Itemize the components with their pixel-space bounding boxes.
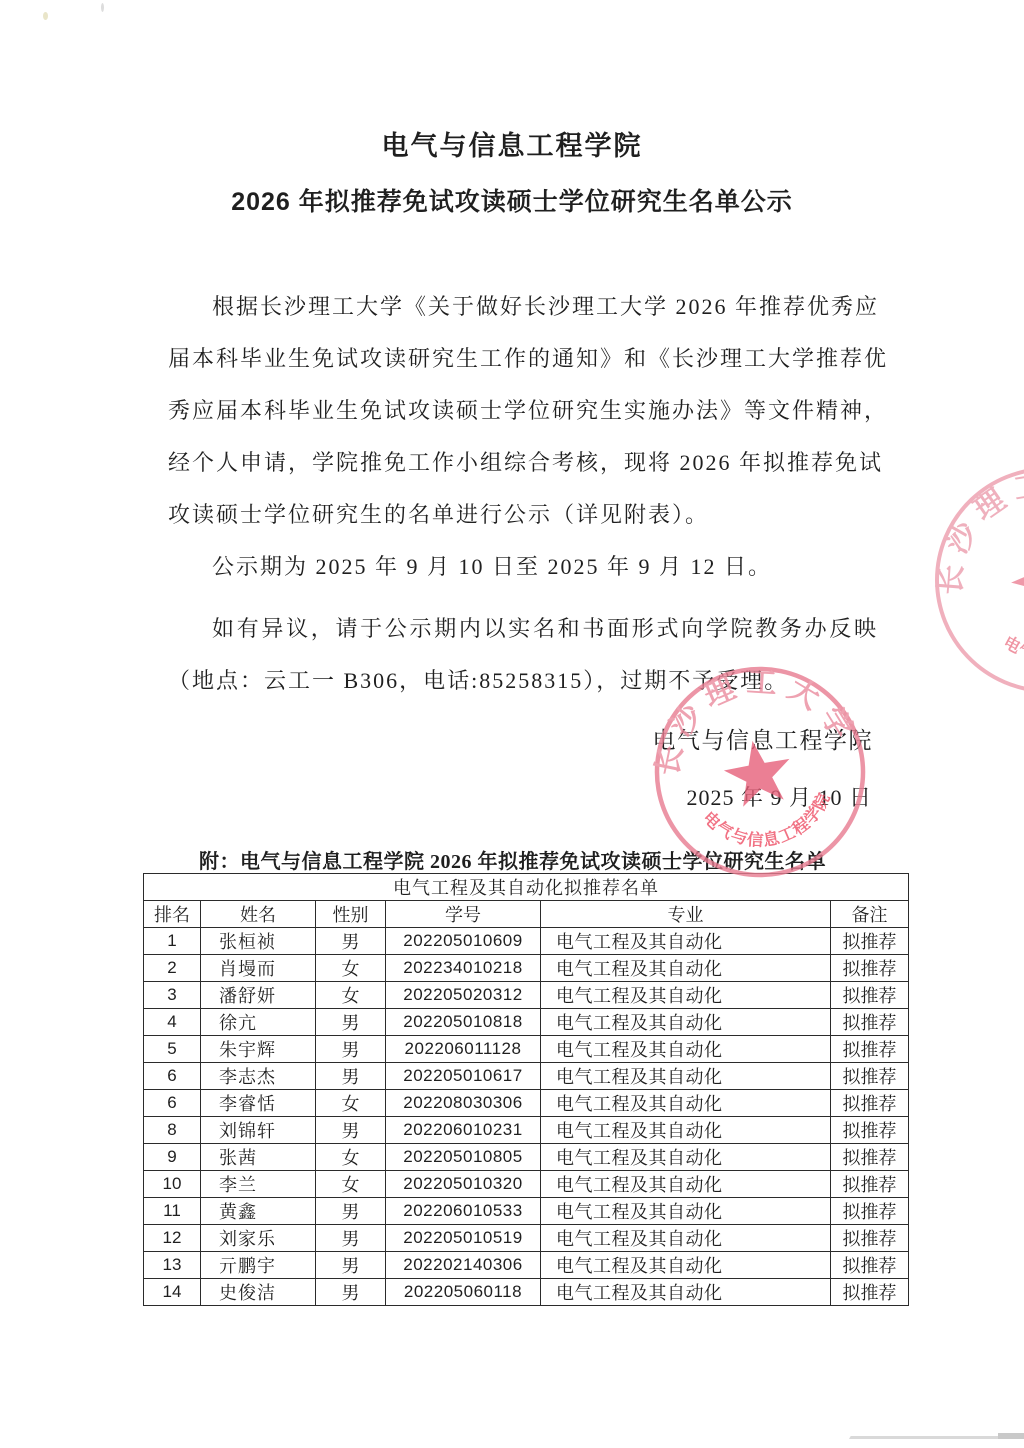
table-cell: 刘家乐 [201,1225,316,1252]
table-row: 11黄鑫男202206010533电气工程及其自动化拟推荐 [144,1198,909,1225]
attachment-note: 附：电气与信息工程学院 2026 年拟推荐免试攻读硕士学位研究生名单 [199,845,826,874]
table-cell: 拟推荐 [831,1117,909,1144]
table-cell: 电气工程及其自动化 [541,1144,831,1171]
table-row: 1张桓祯男202205010609电气工程及其自动化拟推荐 [144,928,909,955]
table-cell: 电气工程及其自动化 [541,1063,831,1090]
table-cell: 电气工程及其自动化 [541,1171,831,1198]
body-line: 根据长沙理工大学《关于做好长沙理工大学 2026 年推荐优秀应 [168,281,878,333]
body-line: 攻读硕士学位研究生的名单进行公示（详见附表）。 [168,489,878,541]
table-row: 4徐亢男202205010818电气工程及其自动化拟推荐 [144,1009,909,1036]
table-cell: 拟推荐 [831,1036,909,1063]
table-cell: 男 [316,1036,386,1063]
table-cell: 6 [144,1063,201,1090]
table-cell: 电气工程及其自动化 [541,1225,831,1252]
table-caption-row: 电气工程及其自动化拟推荐名单 [144,874,909,901]
table-row: 3潘舒妍女202205020312电气工程及其自动化拟推荐 [144,982,909,1009]
table-cell: 男 [316,928,386,955]
table-cell: 男 [316,1117,386,1144]
table-cell: 202205010617 [386,1063,541,1090]
roster-table: 电气工程及其自动化拟推荐名单 排名 姓名 性别 学号 专业 备注 1张桓祯男20… [143,873,909,1306]
table-cell: 拟推荐 [831,955,909,982]
svg-text:电气与信息工程学院: 电气与信息工程学院 [996,585,1024,684]
table-row: 9张茜女202205010805电气工程及其自动化拟推荐 [144,1144,909,1171]
table-cell: 徐亢 [201,1009,316,1036]
table-cell: 男 [316,1009,386,1036]
table-header-row: 排名 姓名 性别 学号 专业 备注 [144,901,909,928]
scan-artifact [101,3,104,12]
col-header-gender: 性别 [316,901,386,928]
table-row: 6李志杰男202205010617电气工程及其自动化拟推荐 [144,1063,909,1090]
table-row: 10李兰女202205010320电气工程及其自动化拟推荐 [144,1171,909,1198]
table-cell: 女 [316,1090,386,1117]
table-cell: 202208030306 [386,1090,541,1117]
table-row: 6李睿恬女202208030306电气工程及其自动化拟推荐 [144,1090,909,1117]
table-cell: 1 [144,928,201,955]
table-cell: 13 [144,1252,201,1279]
table-cell: 14 [144,1279,201,1306]
table-cell: 202205010609 [386,928,541,955]
table-row: 14史俊洁男202205060118电气工程及其自动化拟推荐 [144,1279,909,1306]
table-cell: 拟推荐 [831,928,909,955]
table-cell: 202205010805 [386,1144,541,1171]
table-row: 8刘锦轩男202206010231电气工程及其自动化拟推荐 [144,1117,909,1144]
table-cell: 4 [144,1009,201,1036]
body-line: 秀应届本科毕业生免试攻读硕士学位研究生实施办法》等文件精神， [168,385,878,437]
table-cell: 拟推荐 [831,1279,909,1306]
table-cell: 张茜 [201,1144,316,1171]
table-cell: 电气工程及其自动化 [541,928,831,955]
table-cell: 12 [144,1225,201,1252]
table-cell: 202206010533 [386,1198,541,1225]
table-cell: 3 [144,982,201,1009]
table-cell: 女 [316,1144,386,1171]
body-line: 届本科毕业生免试攻读研究生工作的通知》和《长沙理工大学推荐优 [168,333,878,385]
body-text: 根据长沙理工大学《关于做好长沙理工大学 2026 年推荐优秀应 届本科毕业生免试… [168,281,878,707]
table-cell: 男 [316,1252,386,1279]
table-cell: 女 [316,1171,386,1198]
table-cell: 5 [144,1036,201,1063]
university-seal-edge-stamp: 长沙理工大学 电气与信息工程学院 [925,455,1024,705]
table-cell: 李睿恬 [201,1090,316,1117]
table-row: 2肖墁而女202234010218电气工程及其自动化拟推荐 [144,955,909,982]
table-cell: 202202140306 [386,1252,541,1279]
signature-date: 2025 年 9 月 10 日 [686,781,872,812]
body-line: 公示期为 2025 年 9 月 10 日至 2025 年 9 月 12 日。 [168,541,878,593]
table-cell: 202234010218 [386,955,541,982]
table-cell: 电气工程及其自动化 [541,1279,831,1306]
scan-artifact [43,12,48,20]
table-cell: 张桓祯 [201,928,316,955]
table-cell: 拟推荐 [831,1198,909,1225]
body-line: （地点：云工一 B306，电话:85258315），过期不予受理。 [168,655,878,707]
table-cell: 8 [144,1117,201,1144]
table-cell: 李兰 [201,1171,316,1198]
table-cell: 2 [144,955,201,982]
table-cell: 电气工程及其自动化 [541,1036,831,1063]
table-cell: 202205020312 [386,982,541,1009]
stamp-college-arc-text: 电气与信息工程学院 [996,585,1024,684]
table-cell: 女 [316,982,386,1009]
table-cell: 拟推荐 [831,982,909,1009]
signature-org: 电气与信息工程学院 [653,722,874,755]
table-cell: 9 [144,1144,201,1171]
table-cell: 11 [144,1198,201,1225]
table-cell: 电气工程及其自动化 [541,1117,831,1144]
table-cell: 电气工程及其自动化 [541,982,831,1009]
table-cell: 电气工程及其自动化 [541,955,831,982]
scan-artifact [849,1436,1015,1439]
table-cell: 朱宇辉 [201,1036,316,1063]
svg-text:长沙理工大学: 长沙理工大学 [925,455,1024,607]
stamp-university-arc-text: 长沙理工大学 [925,455,1024,607]
table-cell: 男 [316,1279,386,1306]
col-header-name: 姓名 [201,901,316,928]
col-header-rank: 排名 [144,901,201,928]
table-cell: 202206010231 [386,1117,541,1144]
table-cell: 电气工程及其自动化 [541,1009,831,1036]
table-cell: 202205060118 [386,1279,541,1306]
table-caption: 电气工程及其自动化拟推荐名单 [144,874,909,901]
body-line: 如有异议，请于公示期内以实名和书面形式向学院教务办反映 [168,603,878,655]
doc-subtitle: 2026 年拟推荐免试攻读硕士学位研究生名单公示 [0,182,1024,218]
table-cell: 拟推荐 [831,1171,909,1198]
col-header-remark: 备注 [831,901,909,928]
table-row: 13亓鹏宇男202202140306电气工程及其自动化拟推荐 [144,1252,909,1279]
table-cell: 男 [316,1063,386,1090]
table-cell: 男 [316,1225,386,1252]
doc-title: 电气与信息工程学院 [0,124,1024,163]
table-cell: 202206011128 [386,1036,541,1063]
table-cell: 男 [316,1198,386,1225]
page: 电气与信息工程学院 2026 年拟推荐免试攻读硕士学位研究生名单公示 根据长沙理… [0,0,1024,1448]
table-cell: 202205010818 [386,1009,541,1036]
table-cell: 肖墁而 [201,955,316,982]
col-header-major: 专业 [541,901,831,928]
table-cell: 潘舒妍 [201,982,316,1009]
table-cell: 电气工程及其自动化 [541,1198,831,1225]
stamp-ring [925,455,1024,705]
table-cell: 10 [144,1171,201,1198]
table-cell: 6 [144,1090,201,1117]
table-cell: 电气工程及其自动化 [541,1252,831,1279]
table-cell: 拟推荐 [831,1090,909,1117]
table-cell: 女 [316,955,386,982]
star-icon [1002,533,1024,621]
table-cell: 黄鑫 [201,1198,316,1225]
col-header-id: 学号 [386,901,541,928]
table-row: 12刘家乐男202205010519电气工程及其自动化拟推荐 [144,1225,909,1252]
table-cell: 拟推荐 [831,1144,909,1171]
scan-artifact [998,1433,1024,1439]
table-cell: 拟推荐 [831,1225,909,1252]
table-cell: 拟推荐 [831,1063,909,1090]
table-row: 5朱宇辉男202206011128电气工程及其自动化拟推荐 [144,1036,909,1063]
table-cell: 史俊洁 [201,1279,316,1306]
table-cell: 亓鹏宇 [201,1252,316,1279]
table-cell: 刘锦轩 [201,1117,316,1144]
table-cell: 拟推荐 [831,1009,909,1036]
body-line: 经个人申请，学院推免工作小组综合考核，现将 2026 年拟推荐免试 [168,437,878,489]
table-cell: 202205010519 [386,1225,541,1252]
table-body: 电气工程及其自动化拟推荐名单 排名 姓名 性别 学号 专业 备注 1张桓祯男20… [144,874,909,1306]
table-cell: 电气工程及其自动化 [541,1090,831,1117]
table-cell: 202205010320 [386,1171,541,1198]
table-cell: 李志杰 [201,1063,316,1090]
table-cell: 拟推荐 [831,1252,909,1279]
